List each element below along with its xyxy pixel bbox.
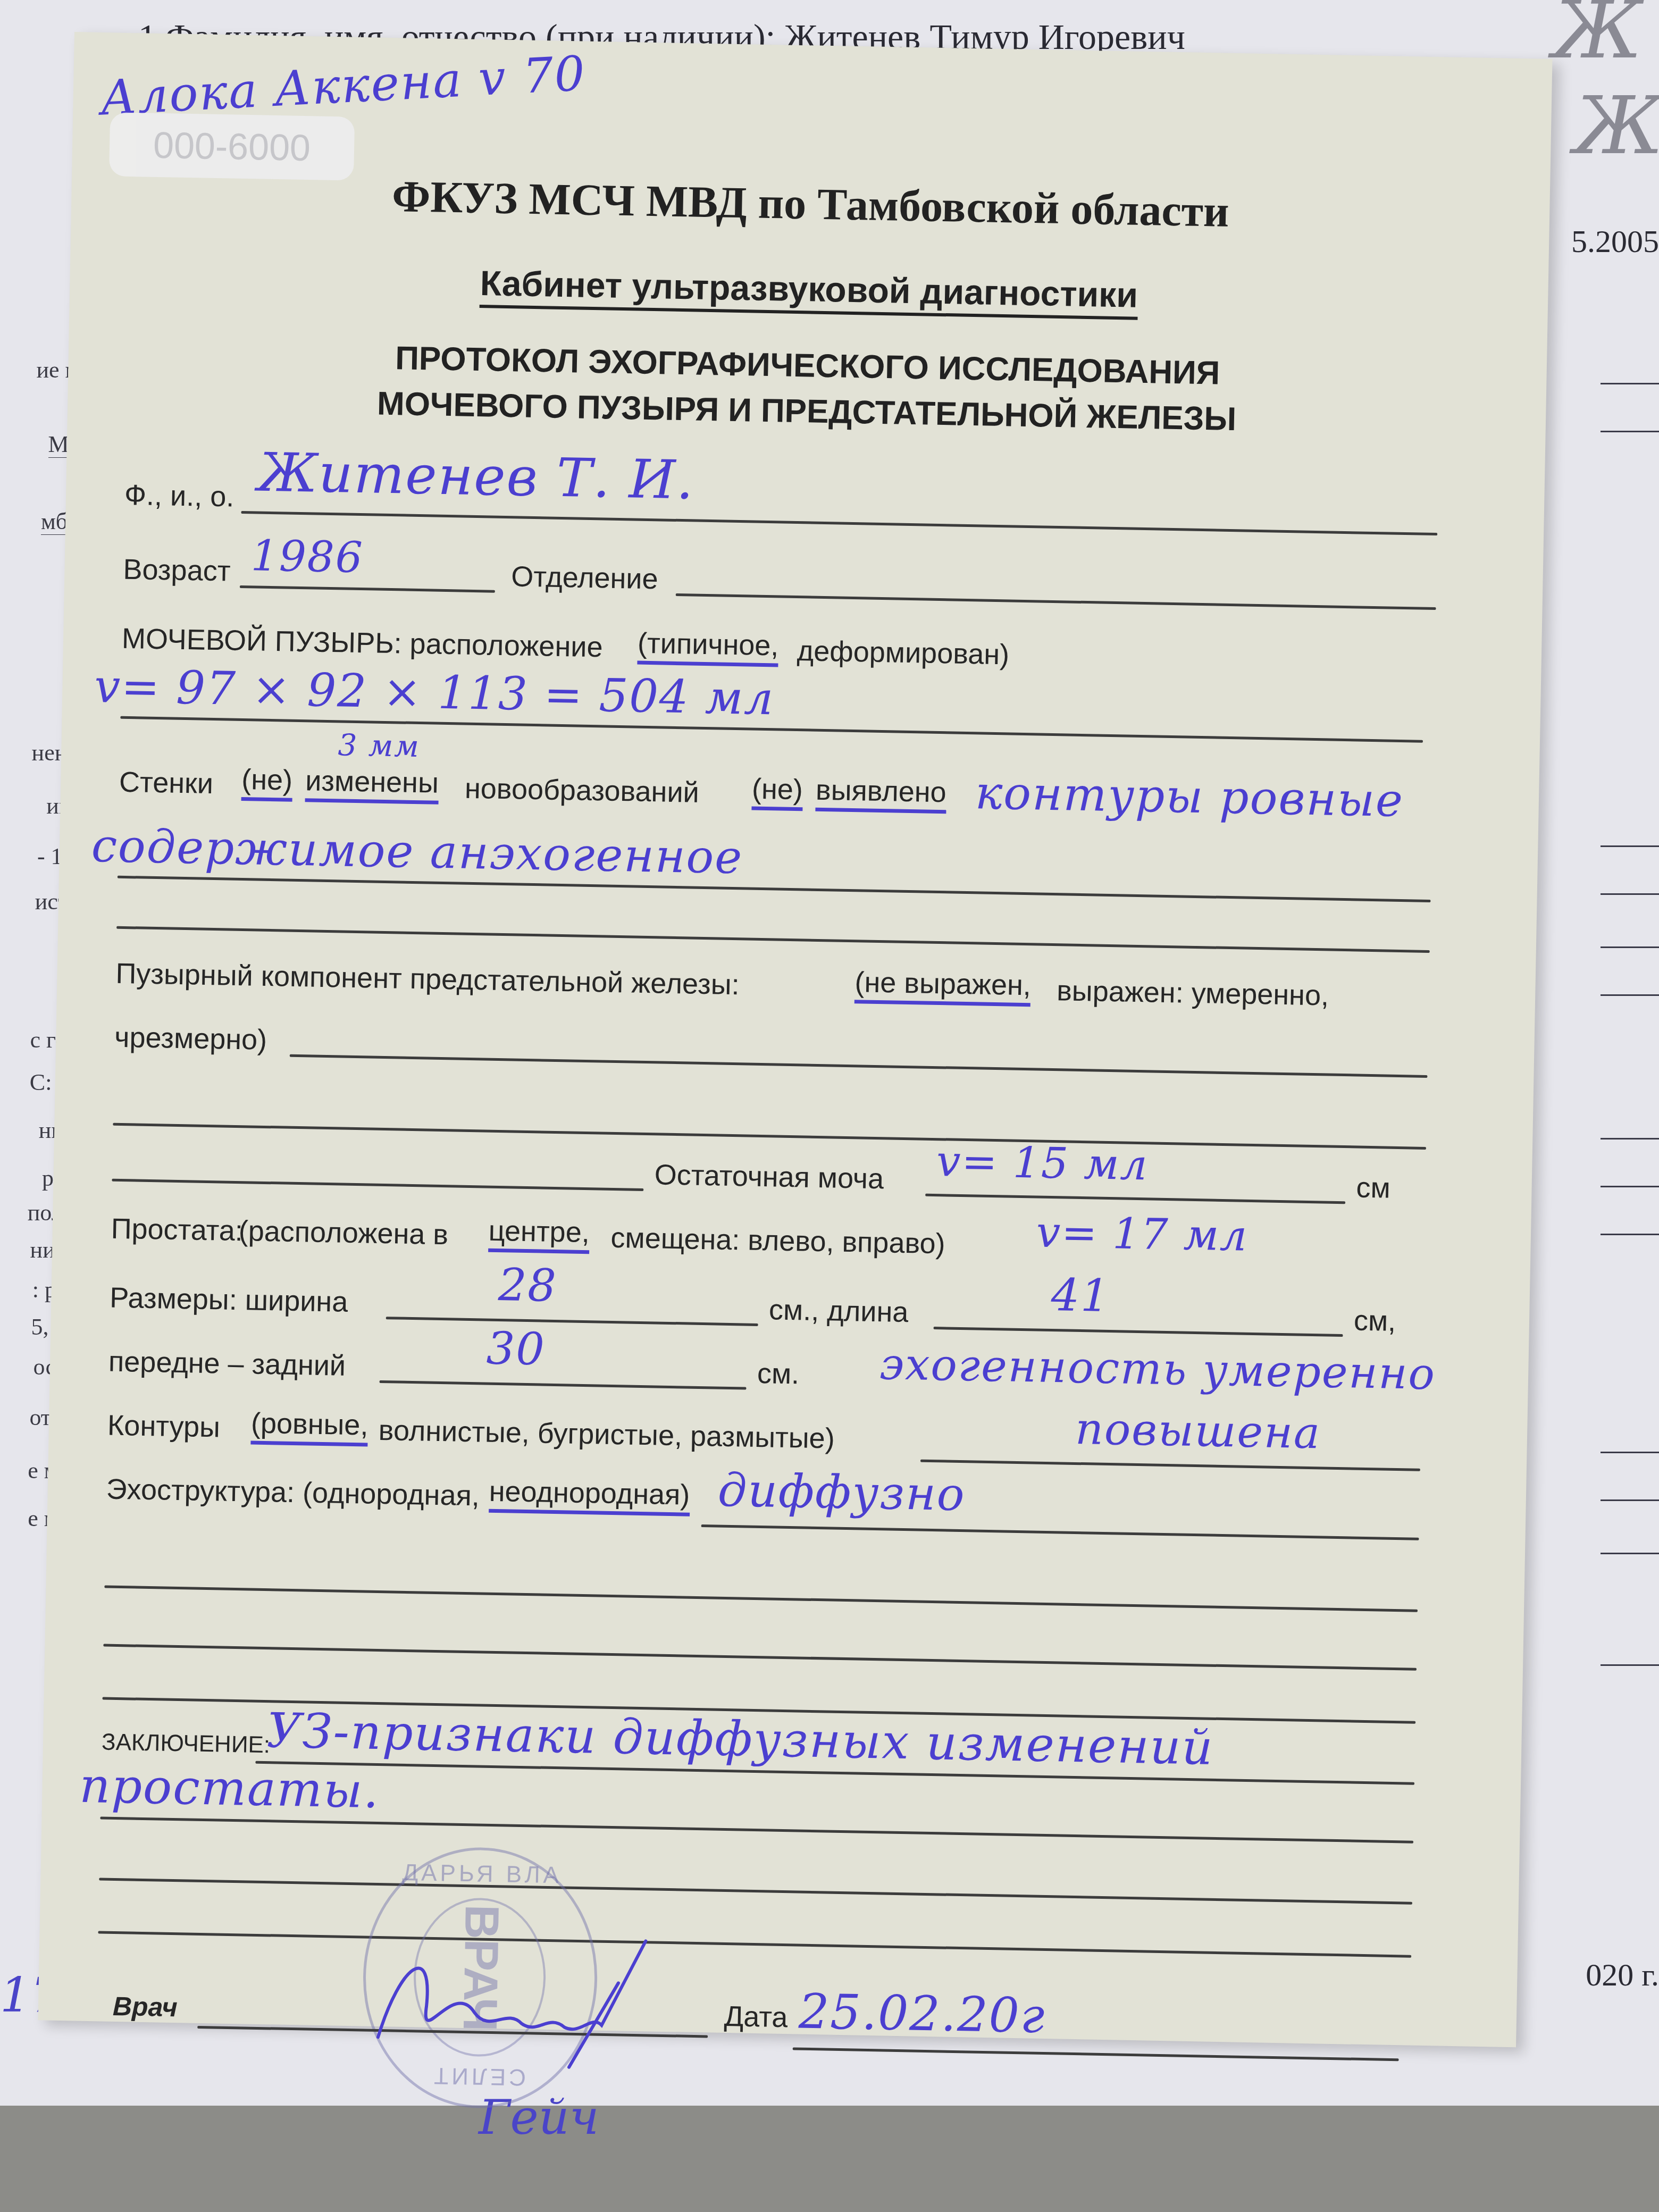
size-length-label: см., длина — [769, 1293, 909, 1329]
echostructure-row: Эхоструктура: (однородная, неоднородная)… — [47, 1462, 1526, 1537]
width-field[interactable]: 28 — [498, 1259, 558, 1312]
age-field[interactable]: 1986 — [250, 531, 364, 582]
conclusion-label: ЗАКЛЮЧЕНИЕ: — [102, 1729, 271, 1758]
echostructure-line — [701, 1524, 1419, 1540]
background-rule — [1601, 1553, 1659, 1554]
doctor-label: Врач — [112, 1991, 178, 2023]
background-rule — [1601, 845, 1659, 847]
walls-ne-option[interactable]: (не) — [241, 763, 293, 802]
protocol-title: ПРОТОКОЛ ЭХОГРАФИЧЕСКОГО ИССЛЕДОВАНИЯ МО… — [68, 330, 1547, 448]
walls-note-contours[interactable]: контуры ровные — [975, 766, 1404, 827]
department-label: Отделение — [511, 560, 658, 596]
echostructure-field[interactable]: диффузно — [717, 1464, 966, 1522]
walls-row: Стенки (не) изменены 3 мм новообразовани… — [60, 755, 1539, 830]
blank-line — [116, 926, 1430, 953]
length-field[interactable]: 41 — [1051, 1269, 1111, 1322]
bladder-component-line — [290, 1054, 1428, 1078]
prostate-position-label: (расположена в — [238, 1214, 448, 1251]
size-width-label: Размеры: ширина — [110, 1281, 348, 1319]
background-rule — [1601, 994, 1659, 996]
width-line — [386, 1317, 758, 1326]
neoplasm-ne-option[interactable]: (не) — [751, 773, 803, 811]
blank-line — [104, 1586, 1418, 1612]
contours-row: Контуры (ровные, волнистые, бугристые, р… — [48, 1398, 1527, 1473]
age-label: Возраст — [123, 553, 231, 588]
residual-field[interactable]: v= 15 мл — [936, 1136, 1149, 1189]
cabinet-title-text: Кабинет ультразвуковой диагностики — [480, 263, 1138, 320]
background-rule — [1601, 893, 1659, 895]
ap-unit: см. — [757, 1357, 799, 1390]
bladder-component-moderate[interactable]: выражен: умеренно, — [1057, 974, 1329, 1012]
contours-option-other[interactable]: волнистые, бугристые, размытые) — [378, 1414, 835, 1455]
prostate-option-shifted[interactable]: смещена: влево, вправо) — [610, 1221, 945, 1261]
bladder-label: МОЧЕВОЙ ПУЗЫРЬ: расположение — [122, 622, 604, 664]
background-rule — [1601, 383, 1659, 384]
prostate-option-center[interactable]: центре, — [488, 1214, 590, 1254]
contours-option-smooth[interactable]: (ровные, — [250, 1407, 368, 1447]
age-row: Возраст 1986 Отделение — [64, 542, 1543, 617]
bladder-component-row: Пузырный компонент предстательной железы… — [57, 946, 1536, 1021]
ap-row: передне – задний 30 см. эхогенность умер… — [49, 1335, 1528, 1410]
contours-line — [920, 1460, 1420, 1471]
background-rule — [1601, 1499, 1659, 1501]
fio-field[interactable]: Житенев Т. И. — [257, 441, 695, 511]
residual-unit: см — [1356, 1171, 1390, 1205]
prostate-row: Простата: (расположена в центре, смещена… — [52, 1202, 1531, 1277]
ultrasound-protocol-form: Алока Аккена v 70 000-6000 ФКУЗ МСЧ МВД … — [38, 32, 1552, 2047]
echostructure-option-heterogeneous[interactable]: неоднородная) — [489, 1475, 690, 1516]
neoplasm-label: новообразований — [464, 772, 699, 809]
neoplasm-detected-option[interactable]: выявлено — [815, 774, 946, 814]
length-line — [934, 1327, 1343, 1337]
walls-label: Стенки — [119, 766, 214, 800]
background-rule — [1601, 431, 1659, 432]
background-date-fragment: 5.2005 — [1571, 223, 1659, 260]
residual-row: Остаточная моча v= 15 мл см — [53, 1138, 1532, 1213]
doctor-signature — [367, 1931, 667, 2074]
bladder-component-excessive[interactable]: чрезмерно) — [114, 1021, 267, 1057]
background-rule — [1601, 1186, 1659, 1187]
pencil-mark: Ж — [1574, 80, 1659, 172]
fio-label: Ф., и., о. — [124, 479, 234, 514]
background-year-fragment: 020 г. — [1586, 1957, 1659, 1993]
blank-line — [99, 1878, 1412, 1904]
size-row: Размеры: ширина 28 см., длина 41 см, — [51, 1271, 1530, 1346]
echogenicity-note-2[interactable]: повышена — [1075, 1404, 1321, 1459]
length-unit: см, — [1353, 1304, 1396, 1338]
echogenicity-note[interactable]: эхогенность умеренно — [879, 1339, 1436, 1400]
ap-line — [380, 1380, 747, 1390]
bladder-component-row-2: чрезмерно) — [56, 1010, 1535, 1085]
background-rule — [1601, 1664, 1659, 1666]
contours-label: Контуры — [107, 1409, 220, 1444]
blank-line — [98, 1931, 1411, 1957]
age-line — [240, 585, 495, 593]
date-field[interactable]: 25.02.20г — [798, 1984, 1046, 2044]
walls-thickness: 3 мм — [338, 728, 420, 764]
organization-title: ФКУЗ МСЧ МВД по Тамбовской области — [71, 165, 1550, 244]
walls-changed-option[interactable]: изменены — [305, 764, 439, 805]
conclusion-field-2[interactable]: простаты. — [79, 1758, 380, 1819]
bladder-component-label: Пузырный компонент предстательной железы… — [115, 957, 740, 1001]
walls-note-content[interactable]: содержимое анэхогенное — [91, 819, 743, 884]
walls-note-row: содержимое анэхогенное — [59, 824, 1538, 899]
echostructure-label: Эхоструктура: (однородная, — [106, 1473, 480, 1513]
background-rule — [1601, 946, 1659, 948]
date-label: Дата — [724, 2000, 788, 2034]
department-field[interactable] — [676, 593, 1436, 610]
prostate-label: Простата: — [111, 1212, 243, 1248]
background-rule — [1601, 1138, 1659, 1139]
ap-field[interactable]: 30 — [486, 1322, 546, 1376]
fio-line — [241, 511, 1437, 535]
background-rule — [1601, 1452, 1659, 1453]
bladder-component-not-expressed[interactable]: (не выражен, — [854, 966, 1032, 1007]
ap-label: передне – задний — [108, 1345, 346, 1382]
walls-note-line — [118, 876, 1431, 902]
bladder-option-deformed[interactable]: деформирован) — [797, 634, 1009, 671]
residual-label: Остаточная моча — [654, 1158, 884, 1195]
pencil-mark: Ж — [1553, 0, 1643, 77]
residual-line — [925, 1194, 1345, 1204]
prostate-volume-field[interactable]: v= 17 мл — [1036, 1208, 1249, 1261]
background-rule — [1601, 1234, 1659, 1235]
bladder-option-typical[interactable]: (типичное, — [637, 627, 779, 667]
residual-left-line — [112, 1179, 643, 1191]
cabinet-title: Кабинет ультразвуковой диагностики — [70, 255, 1548, 323]
blank-line — [103, 1644, 1417, 1671]
conclusion-line-2 — [100, 1816, 1413, 1843]
